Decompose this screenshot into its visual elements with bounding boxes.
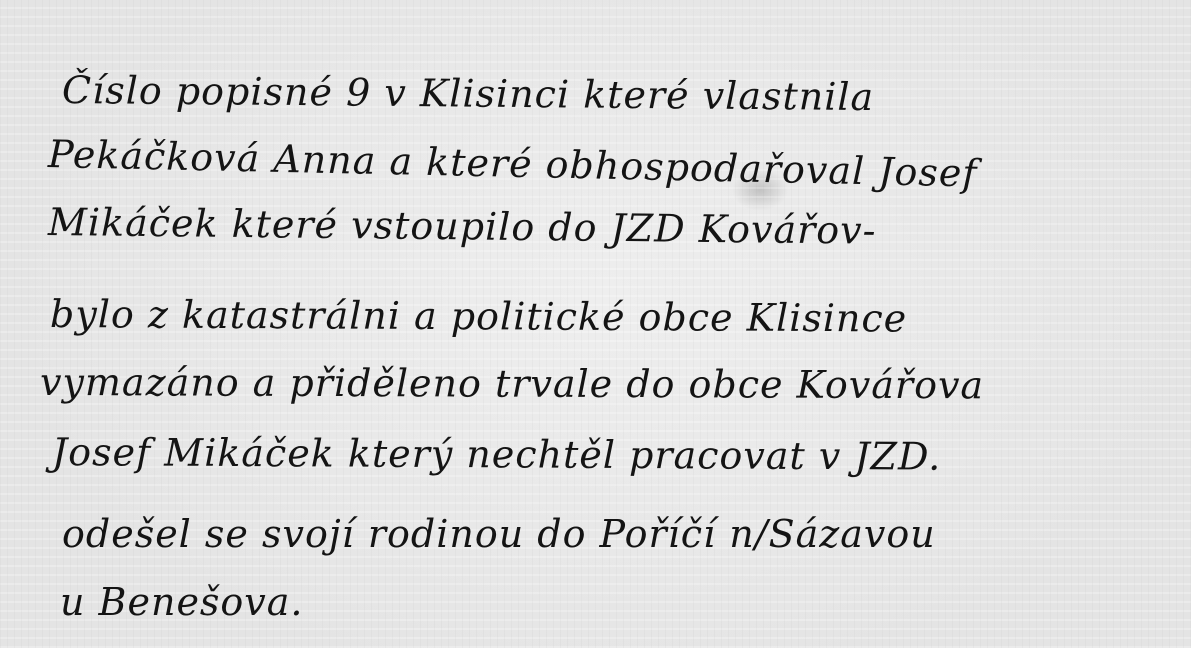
text-line-8: u Benešova.	[60, 580, 304, 624]
text-line-1: Číslo popisné 9 v Klisinci které vlastni…	[62, 68, 875, 119]
text-line-5: vymazáno a přiděleno trvale do obce Ková…	[40, 360, 984, 407]
text-line-6: Josef Mikáček který nechtěl pracovat v J…	[52, 430, 941, 479]
text-line-7: odešel se svojí rodinou do Poříčí n/Sáza…	[62, 512, 936, 556]
text-line-3: Mikáček které vstoupilo do JZD Kovářov-	[48, 200, 877, 253]
handwritten-document-page: Číslo popisné 9 v Klisinci které vlastni…	[0, 0, 1191, 648]
text-line-2: Pekáčková Anna a které obhospodařoval Jo…	[48, 132, 978, 195]
text-line-4: bylo z katastrálni a politické obce Klis…	[50, 292, 907, 340]
